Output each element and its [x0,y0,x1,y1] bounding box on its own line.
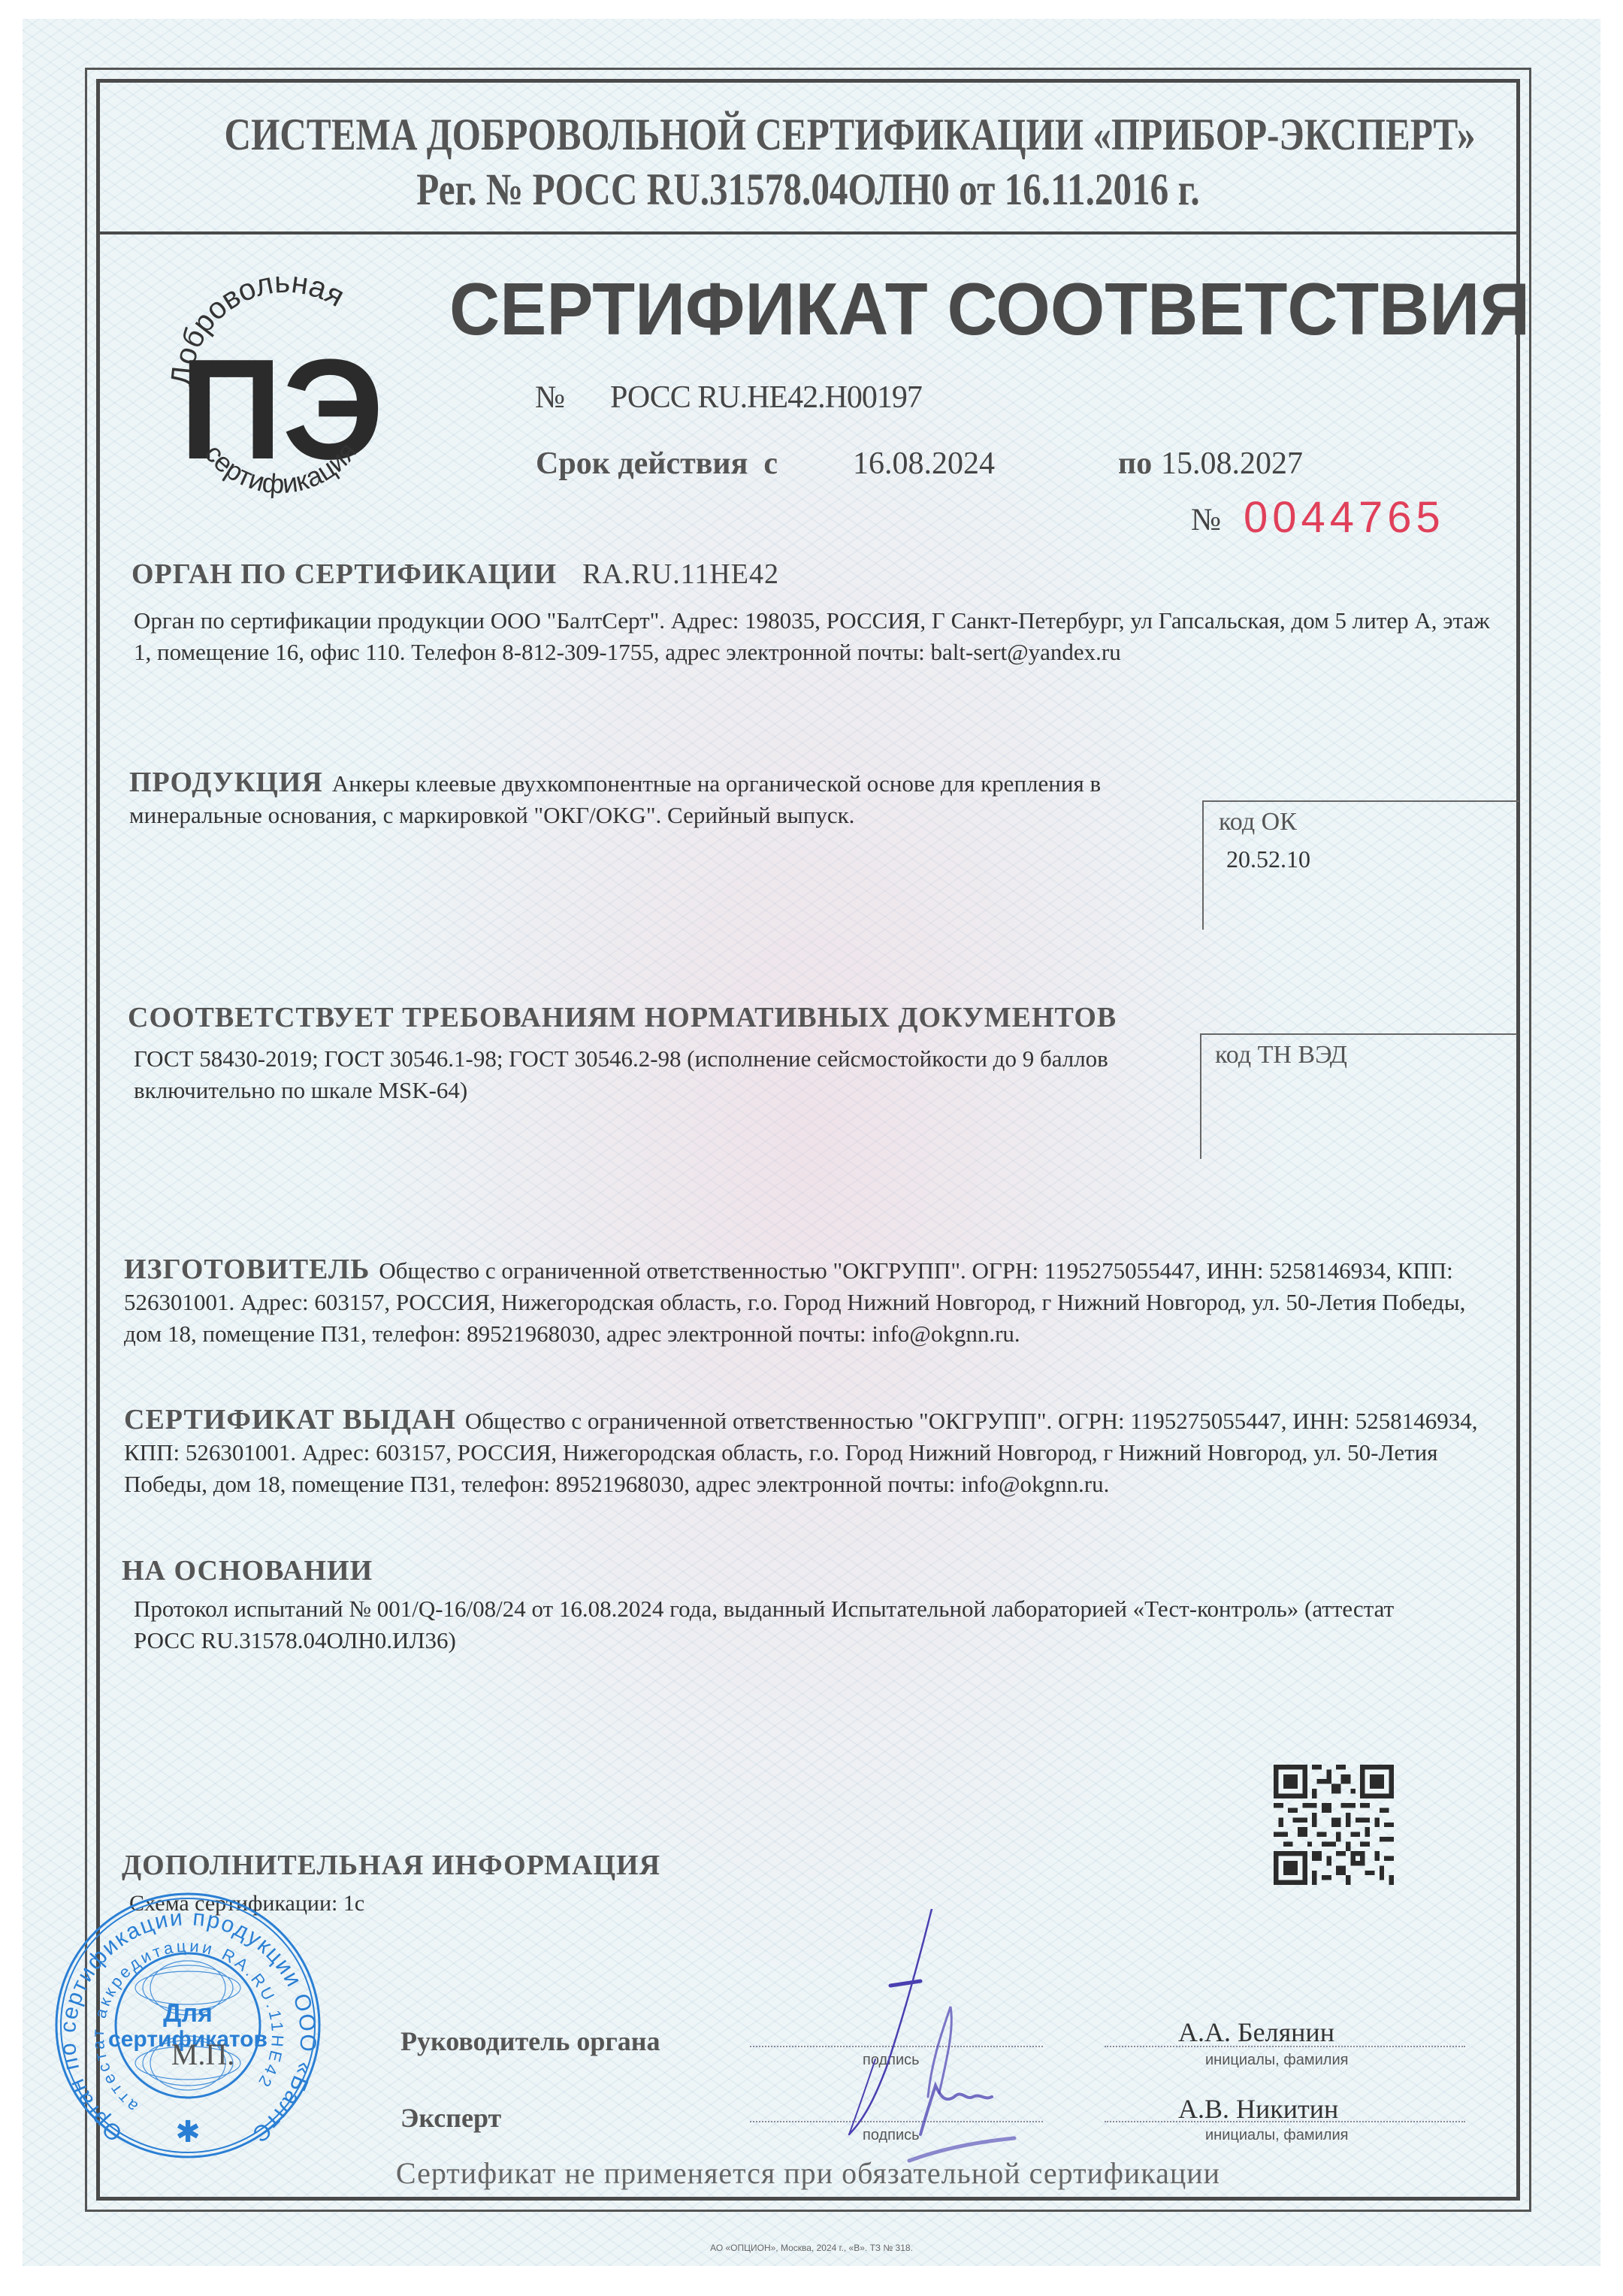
basis-text: Протокол испытаний № 001/Q-16/08/24 от 1… [134,1593,1426,1656]
stamp-star-icon: ✱ [175,2115,201,2149]
manufacturer-block: ИЗГОТОВИТЕЛЬОбщество с ограниченной отве… [124,1254,1499,1350]
valid-to-label: по [1118,446,1152,482]
head-name-caption: инициалы, фамилия [1205,2052,1348,2069]
official-stamp-icon: Орган по сертификации продукции ООО «Бал… [53,1890,323,2161]
expert-label: Эксперт [400,2102,501,2134]
expert-name: А.В. Никитин [1178,2093,1338,2125]
ok-code-label: код ОК [1219,808,1297,836]
issued-to-heading: СЕРТИФИКАТ ВЫДАН [124,1404,456,1435]
stamp-center-line1: Для [163,1999,213,2028]
manufacturer-heading: ИЗГОТОВИТЕЛЬ [124,1254,370,1285]
certification-body-heading-row: ОРГАН ПО СЕРТИФИКАЦИИ RA.RU.11НЕ42 [131,558,779,591]
ok-code-value: 20.52.10 [1226,845,1310,873]
document-title: СЕРТИФИКАТ СООТВЕТСТВИЯ [449,267,1530,352]
valid-from-date: 16.08.2024 [853,446,995,482]
head-of-body-label: Руководитель органа [400,2025,660,2057]
printer-imprint: АО «ОПЦИОН», Москва, 2024 г., «В». ТЗ № … [0,2243,1623,2253]
system-title: СИСТЕМА ДОБРОВОЛЬНОЙ СЕРТИФИКАЦИИ «ПРИБО… [225,109,1392,161]
certificate-number: РОСС RU.НЕ42.Н00197 [610,380,922,416]
validity-label: Срок действия с [536,446,778,482]
tnved-code-label: код ТН ВЭД [1215,1041,1347,1069]
blank-serial-number: 0044765 [1244,492,1445,543]
conformity-text: ГОСТ 58430-2019; ГОСТ 30546.1-98; ГОСТ 3… [134,1043,1178,1106]
stamp-place-label: М.П. [171,2037,234,2071]
voluntary-only-disclaimer: Сертификат не применяется при обязательн… [96,2155,1520,2191]
header-divider [96,231,1520,234]
voluntary-certification-logo-icon: Добровольная ПЭ сертификация [169,259,394,530]
qr-code-icon [1274,1765,1394,1885]
expert-name-caption: инициалы, фамилия [1205,2127,1348,2144]
certificate-number-label: № [535,380,565,416]
product-heading: ПРОДУКЦИЯ [129,767,323,798]
conformity-heading: СООТВЕТСТВУЕТ ТРЕБОВАНИЯМ НОРМАТИВНЫХ ДО… [128,1001,1117,1034]
issued-to-block: СЕРТИФИКАТ ВЫДАНОбщество с ограниченной … [124,1404,1507,1500]
head-name: А.А. Белянин [1178,2016,1334,2048]
valid-to-date: 15.08.2027 [1161,446,1303,482]
additional-info-heading: ДОПОЛНИТЕЛЬНАЯ ИНФОРМАЦИЯ [122,1849,660,1882]
certification-body-heading: ОРГАН ПО СЕРТИФИКАЦИИ [131,558,557,590]
blank-number-label: № [1191,502,1221,538]
handwritten-signatures-icon [736,1909,1052,2164]
certification-body-code: RA.RU.11НЕ42 [582,558,779,590]
certification-body-text: Орган по сертификации продукции ООО "Бал… [134,605,1509,668]
system-registration: Рег. № РОСС RU.31578.04ОЛН0 от 16.11.201… [225,164,1392,216]
basis-heading: НА ОСНОВАНИИ [122,1554,373,1587]
tnved-code-box: код ТН ВЭД [1200,1033,1517,1159]
product-block: ПРОДУКЦИЯАнкеры клеевые двухкомпонентные… [129,767,1211,831]
ok-code-box: код ОК 20.52.10 [1202,800,1519,930]
